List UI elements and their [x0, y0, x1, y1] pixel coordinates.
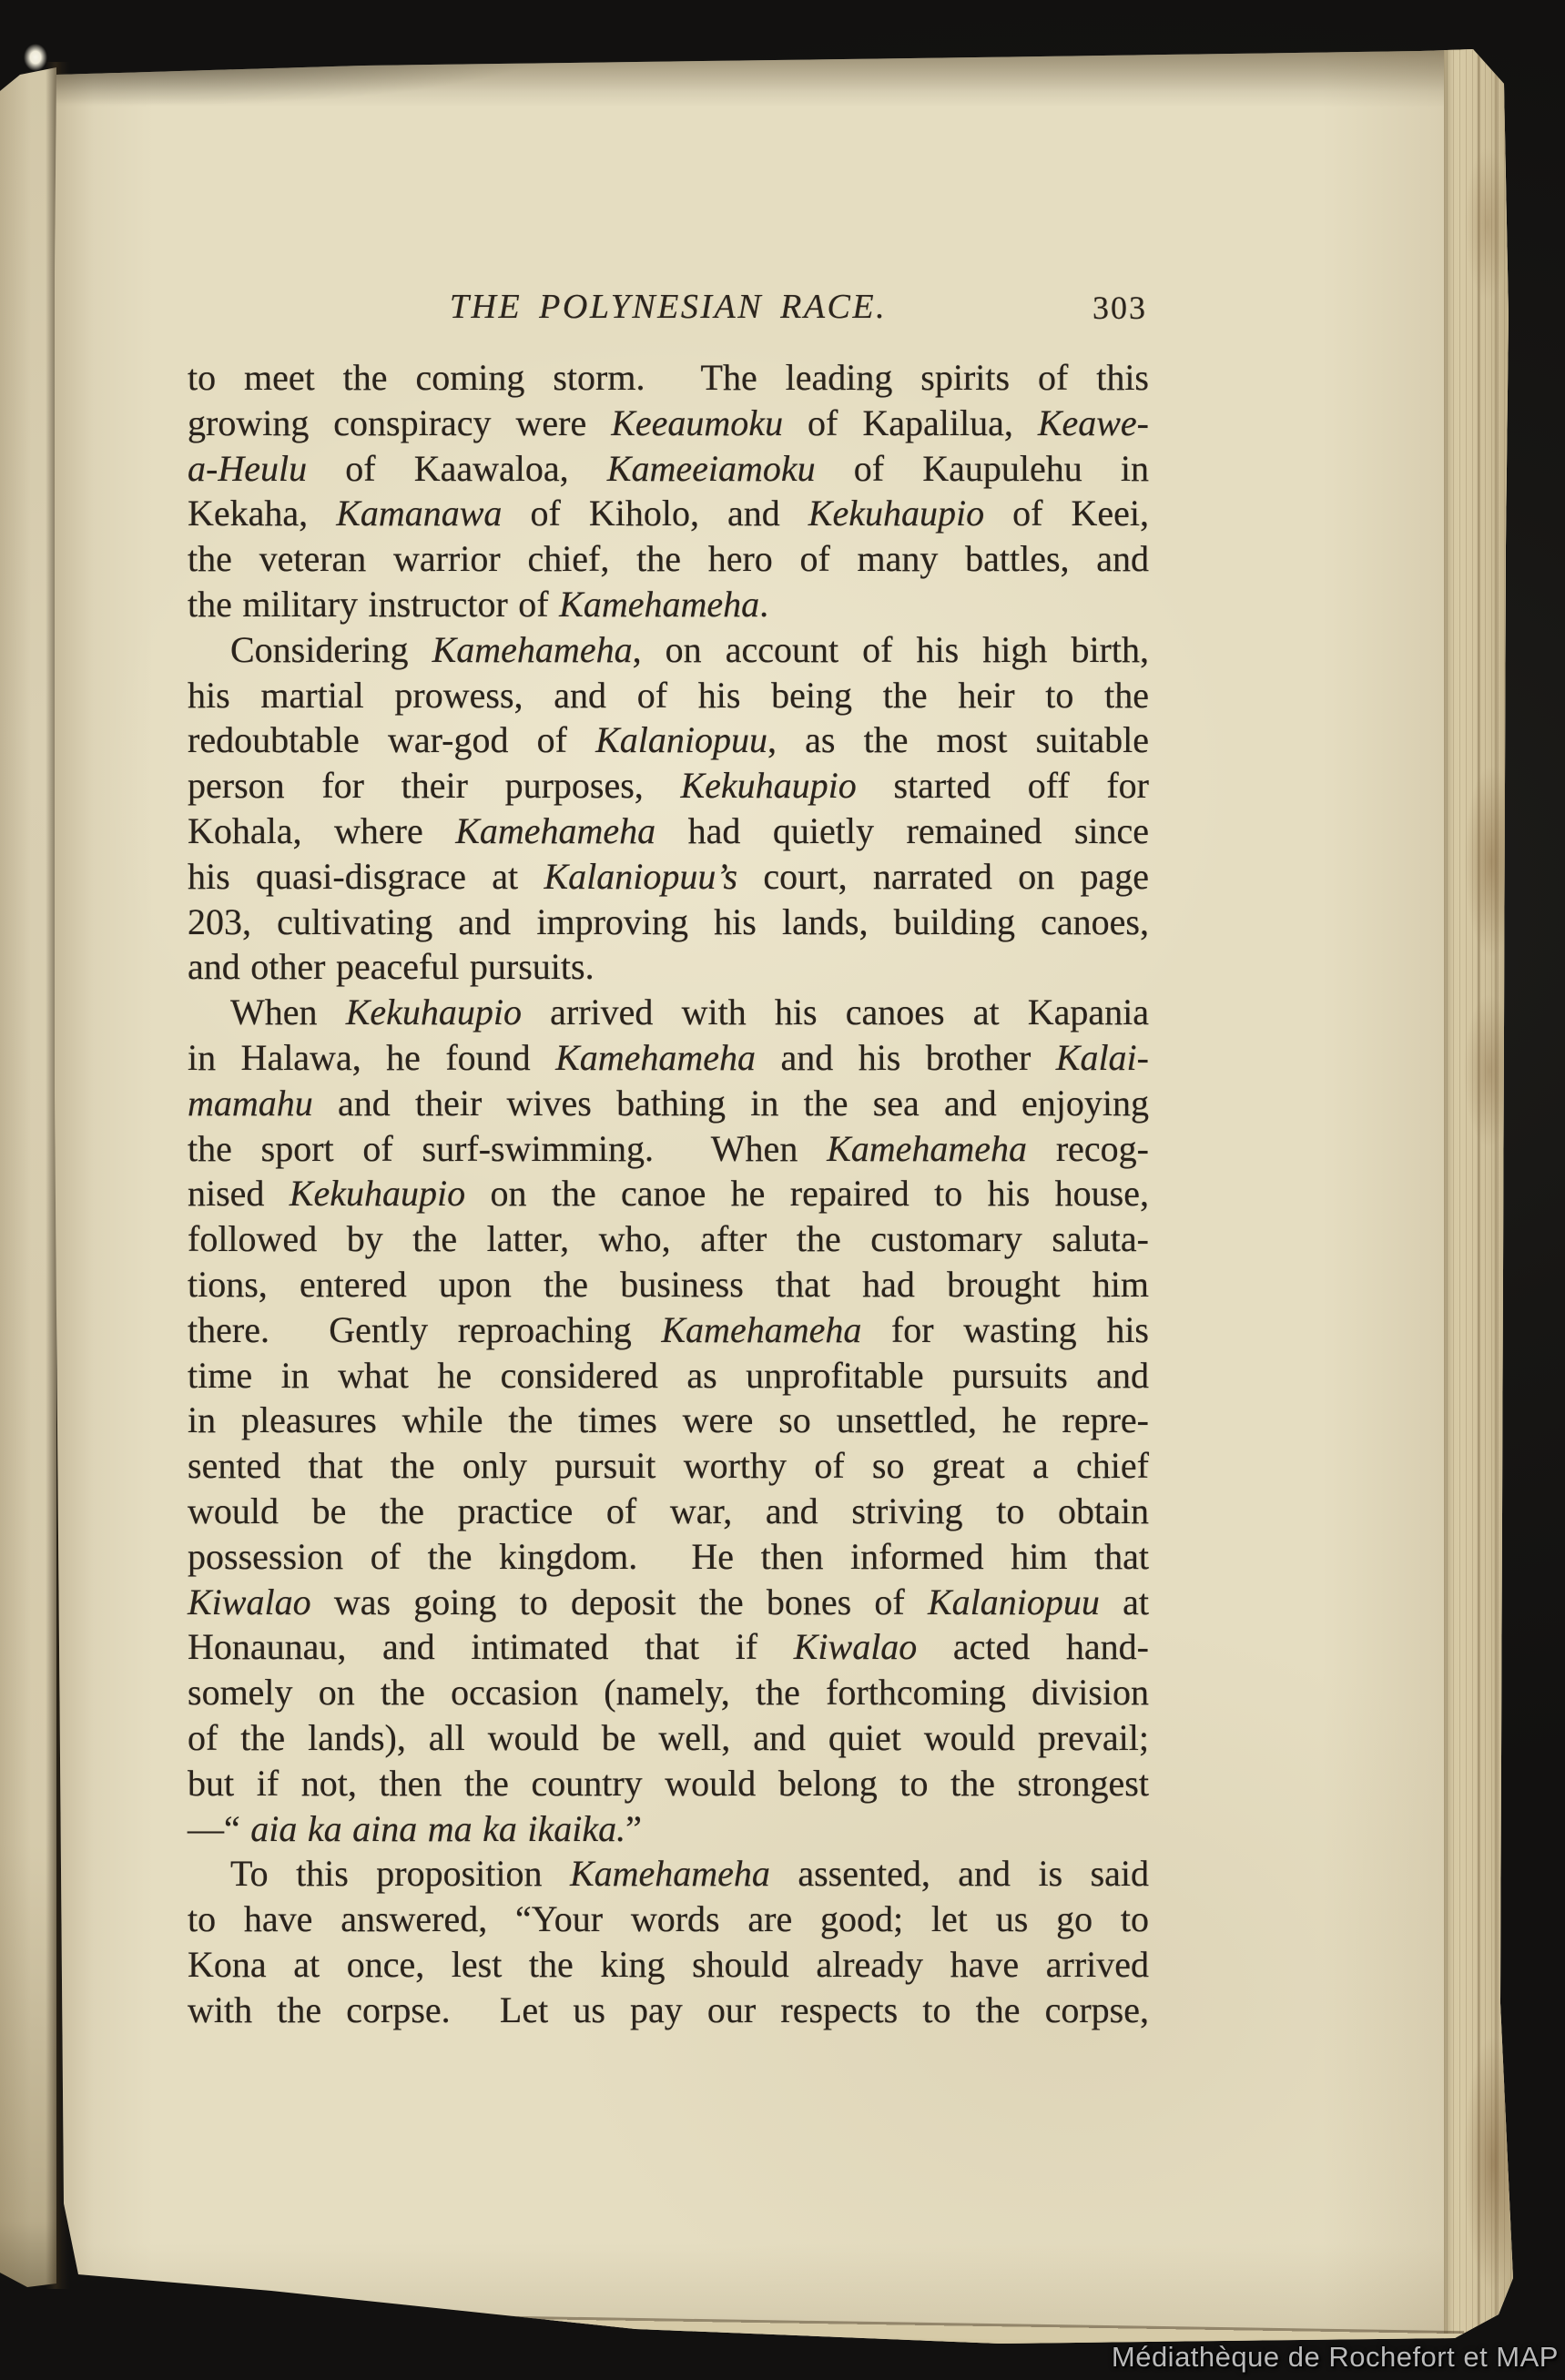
text-line: and other peaceful pursuits. — [188, 944, 1149, 990]
text-line: growing conspiracy were Keeaumoku of Kap… — [188, 401, 1149, 446]
text-line: to meet the coming storm. The leading sp… — [188, 355, 1149, 401]
text-line: there. Gently reproaching Kamehameha for… — [188, 1307, 1149, 1353]
text-line: 203, cultivating and improving his lands… — [188, 900, 1149, 945]
text-line: the military instructor of Kamehameha. — [188, 582, 1149, 627]
text-line: the veteran warrior chief, the hero of m… — [188, 536, 1149, 582]
text-line: followed by the latter, who, after the c… — [188, 1216, 1149, 1262]
text-line: would be the practice of war, and strivi… — [188, 1489, 1149, 1534]
text-line: Kiwalao was going to deposit the bones o… — [188, 1580, 1149, 1625]
text-line: Kohala, where Kamehameha had quietly rem… — [188, 809, 1149, 854]
text-line: possession of the kingdom. He then infor… — [188, 1534, 1149, 1580]
text-line: redoubtable war-god of Kalaniopuu, as th… — [188, 717, 1149, 763]
text-line: time in what he considered as unprofitab… — [188, 1353, 1149, 1399]
text-line: —“ aia ka aina ma ka ikaika.” — [188, 1806, 1149, 1852]
text-line: of the lands), all would be well, and qu… — [188, 1715, 1149, 1761]
text-line: To this proposition Kamehameha assented,… — [188, 1851, 1149, 1897]
scanned-book-photo: THE POLYNESIAN RACE. 303 to meet the com… — [0, 0, 1565, 2380]
text-line: tions, entered upon the business that ha… — [188, 1262, 1149, 1307]
text-line: in Halawa, he found Kamehameha and his b… — [188, 1035, 1149, 1081]
text-line: with the corpse. Let us pay our respects… — [188, 1988, 1149, 2033]
page-title: THE POLYNESIAN RACE. — [188, 286, 1149, 329]
text-line: Kekaha, Kamanawa of Kiholo, and Kekuhaup… — [188, 491, 1149, 536]
text-line: his quasi-disgrace at Kalaniopuu’s court… — [188, 854, 1149, 900]
page-number: 303 — [1092, 287, 1147, 330]
text-line: Honaunau, and intimated that if Kiwalao … — [188, 1624, 1149, 1670]
text-line: a-Heulu of Kaawaloa, Kameeiamoku of Kaup… — [188, 446, 1149, 492]
paper-speck — [24, 44, 47, 71]
text-line: When Kekuhaupio arrived with his canoes … — [188, 990, 1149, 1035]
text-line: sented that the only pursuit worthy of s… — [188, 1443, 1149, 1489]
library-watermark: Médiathèque de Rochefort et MAP — [1112, 2340, 1559, 2375]
fore-edge-pages — [1444, 42, 1513, 2344]
text-line: to have answered, “Your words are good; … — [188, 1897, 1149, 1942]
text-line: his martial prowess, and of his being th… — [188, 673, 1149, 718]
text-line: person for their purposes, Kekuhaupio st… — [188, 763, 1149, 809]
text-line: mamahu and their wives bathing in the se… — [188, 1081, 1149, 1126]
text-line: somely on the occasion (namely, the fort… — [188, 1670, 1149, 1715]
page-body-text: to meet the coming storm. The leading sp… — [188, 355, 1149, 2032]
text-line: the sport of surf-swimming. When Kameham… — [188, 1126, 1149, 1172]
text-line: in pleasures while the times were so uns… — [188, 1398, 1149, 1443]
text-line: but if not, then the country would belon… — [188, 1761, 1149, 1806]
text-line: Kona at once, lest the king should alrea… — [188, 1942, 1149, 1988]
text-line: nised Kekuhaupio on the canoe he repaire… — [188, 1171, 1149, 1216]
running-header: THE POLYNESIAN RACE. 303 — [188, 286, 1149, 330]
text-line: Considering Kamehameha, on account of hi… — [188, 627, 1149, 673]
